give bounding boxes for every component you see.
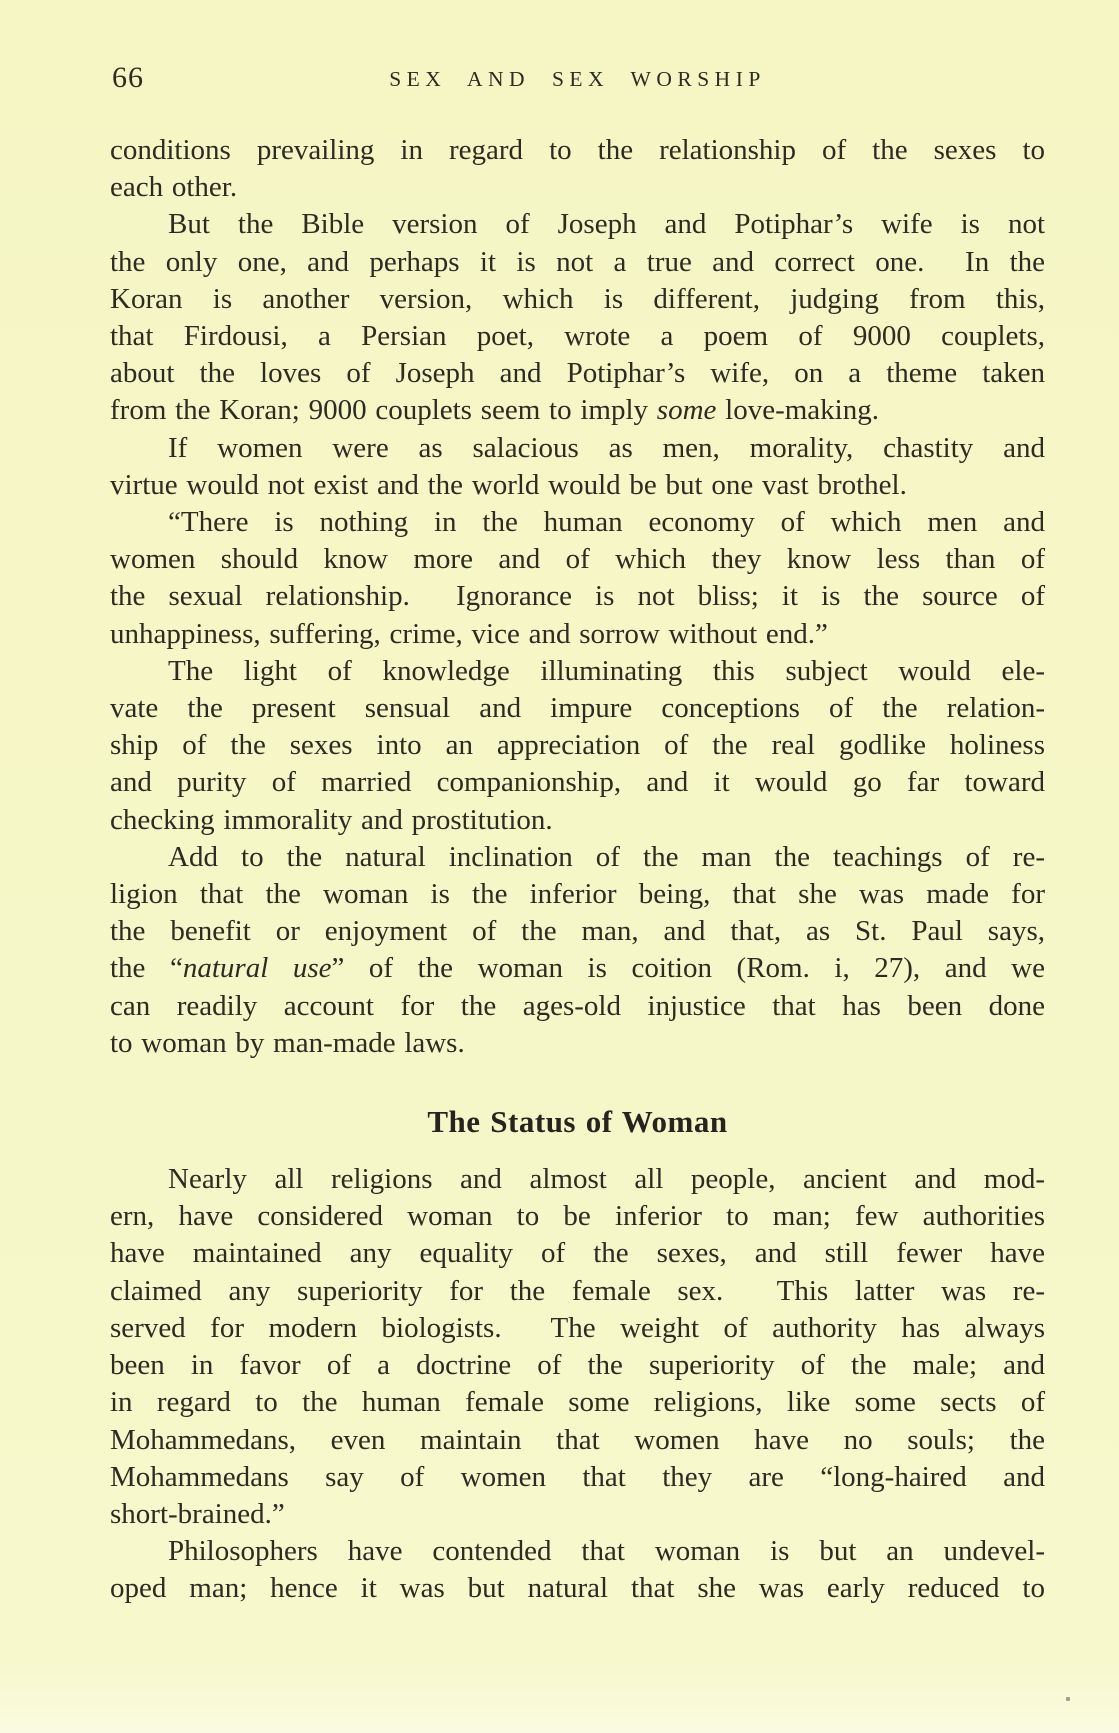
text-segment: short-brained.”: [110, 1498, 285, 1530]
text-line: Add to the natural inclination of the ma…: [110, 839, 1045, 876]
text-line: the sexual relationship. Ignorance is no…: [110, 578, 1045, 615]
text-segment: can readily account for the ages-old inj…: [110, 990, 1045, 1022]
text-segment: Nearly all religions and almost all peop…: [168, 1163, 1045, 1195]
text-line: Philosophers have contended that woman i…: [110, 1533, 1045, 1570]
text-segment: conditions prevailing in regard to the r…: [110, 134, 1045, 166]
text-line: “There is nothing in the human economy o…: [110, 504, 1045, 541]
text-segment: about the loves of Joseph and Potiphar’s…: [110, 357, 1045, 389]
text-line: served for modern biologists. The weight…: [110, 1310, 1045, 1347]
text-segment: Philosophers have contended that woman i…: [168, 1535, 1045, 1567]
paragraph: “There is nothing in the human economy o…: [110, 504, 1045, 653]
text-line: ligion that the woman is the inferior be…: [110, 876, 1045, 913]
text-segment: unhappiness, suffering, crime, vice and …: [110, 618, 828, 650]
text-line: Koran is another version, which is diffe…: [110, 281, 1045, 318]
italic-text: natural use: [183, 952, 332, 984]
text-line: and purity of married companionship, and…: [110, 764, 1045, 801]
paragraph: The light of knowledge illuminating this…: [110, 653, 1045, 839]
text-line: oped man; hence it was but natural that …: [110, 1570, 1045, 1607]
body-text: conditions prevailing in regard to the r…: [110, 132, 1045, 1608]
text-line: about the loves of Joseph and Potiphar’s…: [110, 355, 1045, 392]
text-line: short-brained.”: [110, 1496, 1045, 1533]
text-line: checking immorality and prostitution.: [110, 802, 1045, 839]
scan-speck: [1066, 1697, 1070, 1701]
text-line: in regard to the human female some relig…: [110, 1384, 1045, 1421]
text-segment: in regard to the human female some relig…: [110, 1386, 1045, 1418]
text-line: each other.: [110, 169, 1045, 206]
text-line: virtue would not exist and the world wou…: [110, 467, 1045, 504]
text-segment: Add to the natural inclination of the ma…: [168, 841, 1045, 873]
text-line: the only one, and perhaps it is not a tr…: [110, 244, 1045, 281]
text-line: claimed any superiority for the female s…: [110, 1273, 1045, 1310]
text-line: Nearly all religions and almost all peop…: [110, 1161, 1045, 1198]
text-segment: Mohammedans, even maintain that women ha…: [110, 1424, 1045, 1456]
text-segment: and purity of married companionship, and…: [110, 766, 1045, 798]
text-line: to woman by man-made laws.: [110, 1025, 1045, 1062]
text-segment: from the Koran; 9000 couplets seem to im…: [110, 394, 657, 426]
text-line: vate the present sensual and impure conc…: [110, 690, 1045, 727]
paragraph: Nearly all religions and almost all peop…: [110, 1161, 1045, 1533]
text-segment: women should know more and of which they…: [110, 543, 1045, 575]
text-segment: to woman by man-made laws.: [110, 1027, 465, 1059]
running-title: SEX AND SEX WORSHIP: [110, 67, 1045, 92]
text-line: If women were as salacious as men, moral…: [110, 430, 1045, 467]
text-segment: ship of the sexes into an appreciation o…: [110, 729, 1045, 761]
text-segment: But the Bible version of Joseph and Poti…: [168, 208, 1045, 240]
text-segment: If women were as salacious as men, moral…: [168, 432, 1045, 464]
text-line: conditions prevailing in regard to the r…: [110, 132, 1045, 169]
text-line: The light of knowledge illuminating this…: [110, 653, 1045, 690]
text-line: ship of the sexes into an appreciation o…: [110, 727, 1045, 764]
book-page: 66 SEX AND SEX WORSHIP conditions prevai…: [0, 0, 1119, 1733]
text-line: women should know more and of which they…: [110, 541, 1045, 578]
text-segment: vate the present sensual and impure conc…: [110, 692, 1045, 724]
italic-text: some: [657, 394, 717, 426]
text-line: Mohammedans say of women that they are “…: [110, 1459, 1045, 1496]
text-segment: Koran is another version, which is diffe…: [110, 283, 1045, 315]
paragraph: conditions prevailing in regard to the r…: [110, 132, 1045, 206]
text-segment: been in favor of a doctrine of the super…: [110, 1349, 1045, 1381]
text-segment: the benefit or enjoyment of the man, and…: [110, 915, 1045, 947]
text-line: been in favor of a doctrine of the super…: [110, 1347, 1045, 1384]
text-line: ern, have considered woman to be inferio…: [110, 1198, 1045, 1235]
text-line: Mohammedans, even maintain that women ha…: [110, 1422, 1045, 1459]
text-segment: ern, have considered woman to be inferio…: [110, 1200, 1045, 1232]
text-segment: claimed any superiority for the female s…: [110, 1275, 1045, 1307]
text-line: unhappiness, suffering, crime, vice and …: [110, 616, 1045, 653]
text-line: But the Bible version of Joseph and Poti…: [110, 206, 1045, 243]
text-segment: “There is nothing in the human economy o…: [168, 506, 1045, 538]
paragraph: If women were as salacious as men, moral…: [110, 430, 1045, 504]
text-segment: served for modern biologists. The weight…: [110, 1312, 1045, 1344]
text-segment: the sexual relationship. Ignorance is no…: [110, 580, 1045, 612]
text-line: the benefit or enjoyment of the man, and…: [110, 913, 1045, 950]
text-line: have maintained any equality of the sexe…: [110, 1235, 1045, 1272]
text-segment: Mohammedans say of women that they are “…: [110, 1461, 1045, 1493]
text-segment: love-making.: [716, 394, 879, 426]
text-segment: the “: [110, 952, 183, 984]
text-segment: oped man; hence it was but natural that …: [110, 1572, 1045, 1604]
text-segment: that Firdousi, a Persian poet, wrote a p…: [110, 320, 1045, 352]
text-segment: the only one, and perhaps it is not a tr…: [110, 246, 1045, 278]
text-segment: ligion that the woman is the inferior be…: [110, 878, 1045, 910]
text-line: from the Koran; 9000 couplets seem to im…: [110, 392, 1045, 429]
text-segment: virtue would not exist and the world wou…: [110, 469, 907, 501]
text-segment: ” of the woman is coition (Rom. i, 27), …: [331, 952, 1045, 984]
text-line: that Firdousi, a Persian poet, wrote a p…: [110, 318, 1045, 355]
text-segment: each other.: [110, 171, 237, 203]
text-line: the “natural use” of the woman is coitio…: [110, 950, 1045, 987]
section-heading: The Status of Woman: [110, 1103, 1045, 1140]
paragraph: But the Bible version of Joseph and Poti…: [110, 206, 1045, 429]
paragraph: Philosophers have contended that woman i…: [110, 1533, 1045, 1607]
text-segment: checking immorality and prostitution.: [110, 804, 553, 836]
paragraph: Add to the natural inclination of the ma…: [110, 839, 1045, 1062]
text-segment: The light of knowledge illuminating this…: [168, 655, 1045, 687]
text-segment: have maintained any equality of the sexe…: [110, 1237, 1045, 1269]
text-line: can readily account for the ages-old inj…: [110, 988, 1045, 1025]
